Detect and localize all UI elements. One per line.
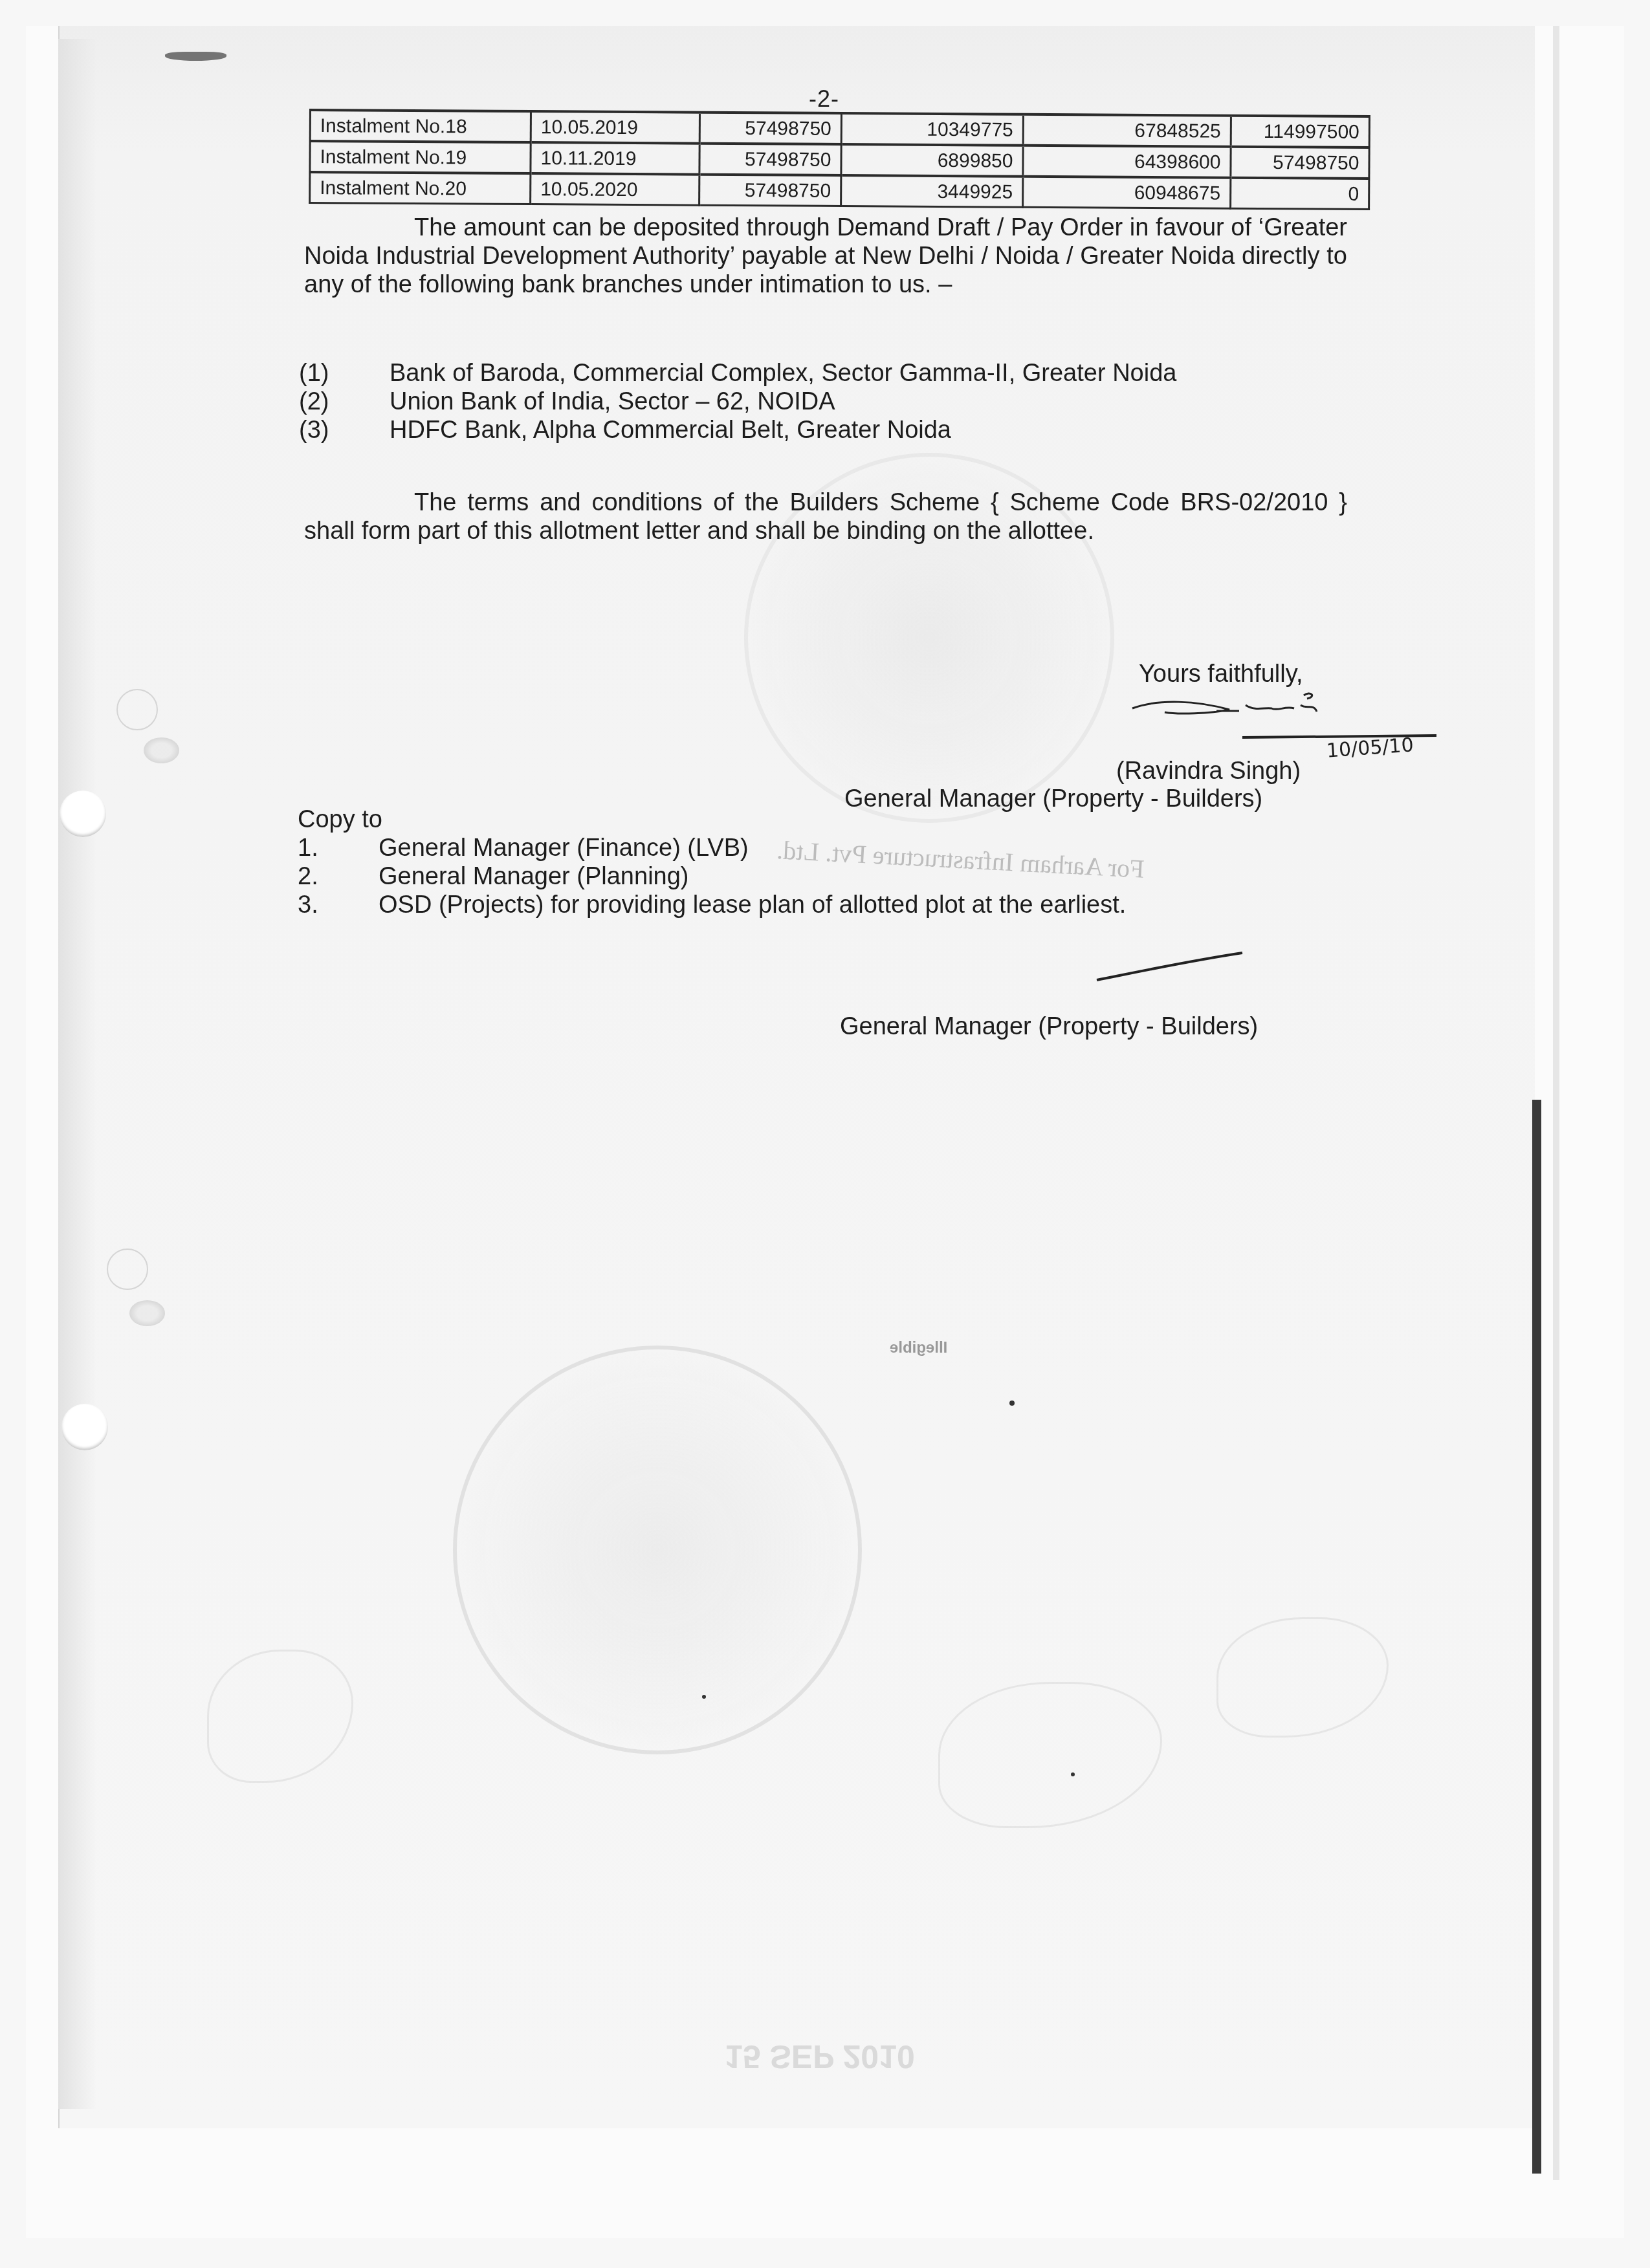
bank-branch-item: (2) Union Bank of India, Sector – 62, NO… (299, 387, 1176, 416)
signatory-name: (Ravindra Singh) (1116, 757, 1301, 785)
copy-to-text: General Manager (Finance) (LVB) (379, 834, 749, 862)
copy-to-text: OSD (Projects) for providing lease plan … (379, 891, 1126, 919)
right-edge-shadow (1553, 26, 1559, 2180)
bank-branch-index: (2) (299, 387, 390, 416)
punch-hole-ghost (107, 1248, 148, 1290)
copy-to-section: Copy to 1. General Manager (Finance) (LV… (298, 805, 1126, 919)
copy-to-index: 3. (298, 891, 379, 919)
bank-branch-item: (3) HDFC Bank, Alpha Commercial Belt, Gr… (299, 416, 1176, 444)
instalment-amount: 67848525 (1023, 114, 1231, 147)
copy-to-item: 2. General Manager (Planning) (298, 862, 1126, 891)
instalment-amount: 114997500 (1231, 116, 1369, 147)
instalment-date: 10.11.2019 (531, 142, 699, 175)
left-binding-shadow (58, 39, 97, 2109)
instalment-amount: 60948675 (1023, 177, 1231, 208)
punch-hole (60, 791, 106, 837)
instalment-amount: 57498750 (699, 113, 841, 144)
seal-ghost-lower (453, 1346, 862, 1754)
instalment-table: Instalment No.1810.05.201957498750103497… (309, 109, 1370, 210)
copy-to-heading: Copy to (298, 805, 1126, 834)
punch-hole-mark (129, 1300, 165, 1326)
copy-to-index: 2. (298, 862, 379, 891)
punch-hole-mark (144, 737, 179, 763)
instalment-date: 10.05.2019 (531, 111, 699, 144)
bank-branch-text: Union Bank of India, Sector – 62, NOIDA (390, 387, 835, 416)
instalment-label: Instalment No.19 (310, 141, 531, 173)
page-number: -2- (809, 85, 839, 113)
instalment-amount: 57498750 (699, 175, 841, 206)
punch-hole-ghost (116, 689, 158, 730)
photocopy-area (58, 26, 1535, 2128)
speck (1009, 1401, 1015, 1406)
instalment-amount: 0 (1231, 178, 1369, 210)
instalment-amount: 6899850 (841, 144, 1023, 177)
bank-branch-text: HDFC Bank, Alpha Commercial Belt, Greate… (390, 416, 951, 444)
instalment-amount: 3449925 (841, 175, 1023, 207)
instalment-amount: 64398600 (1023, 146, 1231, 178)
instalment-amount: 57498750 (1231, 147, 1369, 179)
signature-date: 10/05/10 (1326, 731, 1414, 765)
closing-salutation: Yours faithfully, (1139, 660, 1303, 688)
initial-stroke (1094, 948, 1249, 987)
instalment-date: 10.05.2020 (531, 173, 699, 205)
copy-to-text: General Manager (Planning) (379, 862, 689, 891)
right-edge-dark-bar (1532, 1100, 1541, 2174)
speck (1071, 1772, 1075, 1776)
speck (702, 1695, 706, 1699)
bank-branch-item: (1) Bank of Baroda, Commercial Complex, … (299, 359, 1176, 387)
terms-paragraph: The terms and conditions of the Builders… (304, 488, 1347, 545)
bank-branch-text: Bank of Baroda, Commercial Complex, Sect… (390, 359, 1176, 387)
top-left-smudge (165, 52, 226, 61)
instalment-label: Instalment No.18 (310, 110, 531, 142)
copy-to-item: 3. OSD (Projects) for providing lease pl… (298, 891, 1126, 919)
terms-paragraph-text: The terms and conditions of the Builders… (304, 489, 1347, 545)
bank-branch-index: (1) (299, 359, 390, 387)
copy-to-item: 1. General Manager (Finance) (LVB) (298, 834, 1126, 862)
instalment-row: Instalment No.2010.05.202057498750344992… (310, 172, 1369, 209)
bank-branch-index: (3) (299, 416, 390, 444)
bleed-through-mark: Illegible (890, 1339, 947, 1357)
payment-paragraph: The amount can be deposited through Dema… (304, 213, 1347, 299)
payment-paragraph-text: The amount can be deposited through Dema… (304, 214, 1347, 298)
instalment-amount: 10349775 (841, 113, 1023, 146)
punch-hole (61, 1404, 108, 1450)
footer-signatory-title: General Manager (Property - Builders) (840, 1012, 1258, 1041)
bleed-through-date-stamp: 15 SEP 2010 (725, 2038, 915, 2075)
bank-branch-list: (1) Bank of Baroda, Commercial Complex, … (299, 359, 1176, 444)
copy-to-index: 1. (298, 834, 379, 862)
instalment-amount: 57498750 (699, 144, 841, 175)
instalment-label: Instalment No.20 (310, 172, 531, 204)
